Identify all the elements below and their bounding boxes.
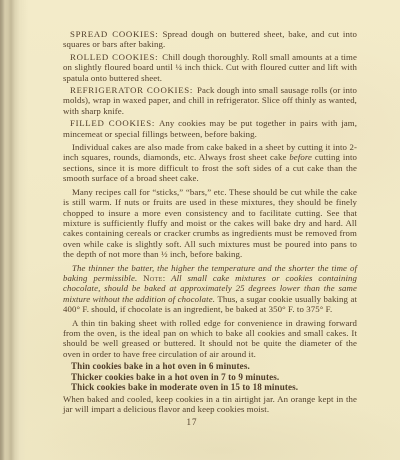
recipe-heading-refrigerator-cookies: REFRIGERATOR COOKIES: — [70, 85, 193, 95]
paragraph-thin-tin-sheet: A thin tin baking sheet with rolled edge… — [63, 318, 357, 360]
page-binding-edge — [0, 0, 28, 460]
baking-time-thin: Thin cookies bake in a hot oven in 6 min… — [71, 361, 357, 372]
baking-time-thick: Thick cookies bake in moderate oven in 1… — [71, 382, 357, 393]
paragraph-rolled-cookies: ROLLED COOKIES:Chill dough thoroughly. R… — [63, 52, 357, 83]
page-content: SPREAD COOKIES:Spread dough on buttered … — [63, 29, 357, 427]
paragraph-individual-cakes: Individual cakes are also made from cake… — [63, 142, 357, 184]
paragraph-filled-cookies: FILLED COOKIES:Any cookies may be put to… — [63, 118, 357, 139]
book-page: SPREAD COOKIES:Spread dough on buttered … — [0, 0, 400, 460]
paragraph-storage: When baked and cooled, keep cookies in a… — [63, 394, 357, 415]
recipe-heading-filled-cookies: FILLED COOKIES: — [70, 118, 155, 128]
recipe-heading-rolled-cookies: ROLLED COOKIES: — [70, 52, 158, 62]
paragraph-thinner-batter: The thinner the batter, the higher the t… — [63, 263, 357, 315]
note-label: Note: — [143, 273, 165, 283]
individual-cakes-italic-word: before — [289, 152, 312, 162]
paragraph-refrigerator-cookies: REFRIGERATOR COOKIES:Pack dough into sma… — [63, 85, 357, 116]
recipe-heading-spread-cookies: SPREAD COOKIES: — [70, 29, 158, 39]
paragraph-many-recipes: Many recipes call for “sticks,” “bars,” … — [63, 187, 357, 260]
baking-time-thicker: Thicker cookies bake in a hot oven in 7 … — [71, 372, 357, 383]
paragraph-spread-cookies: SPREAD COOKIES:Spread dough on buttered … — [63, 29, 357, 50]
page-number: 17 — [45, 417, 339, 427]
baking-times-list: Thin cookies bake in a hot oven in 6 min… — [71, 361, 357, 393]
